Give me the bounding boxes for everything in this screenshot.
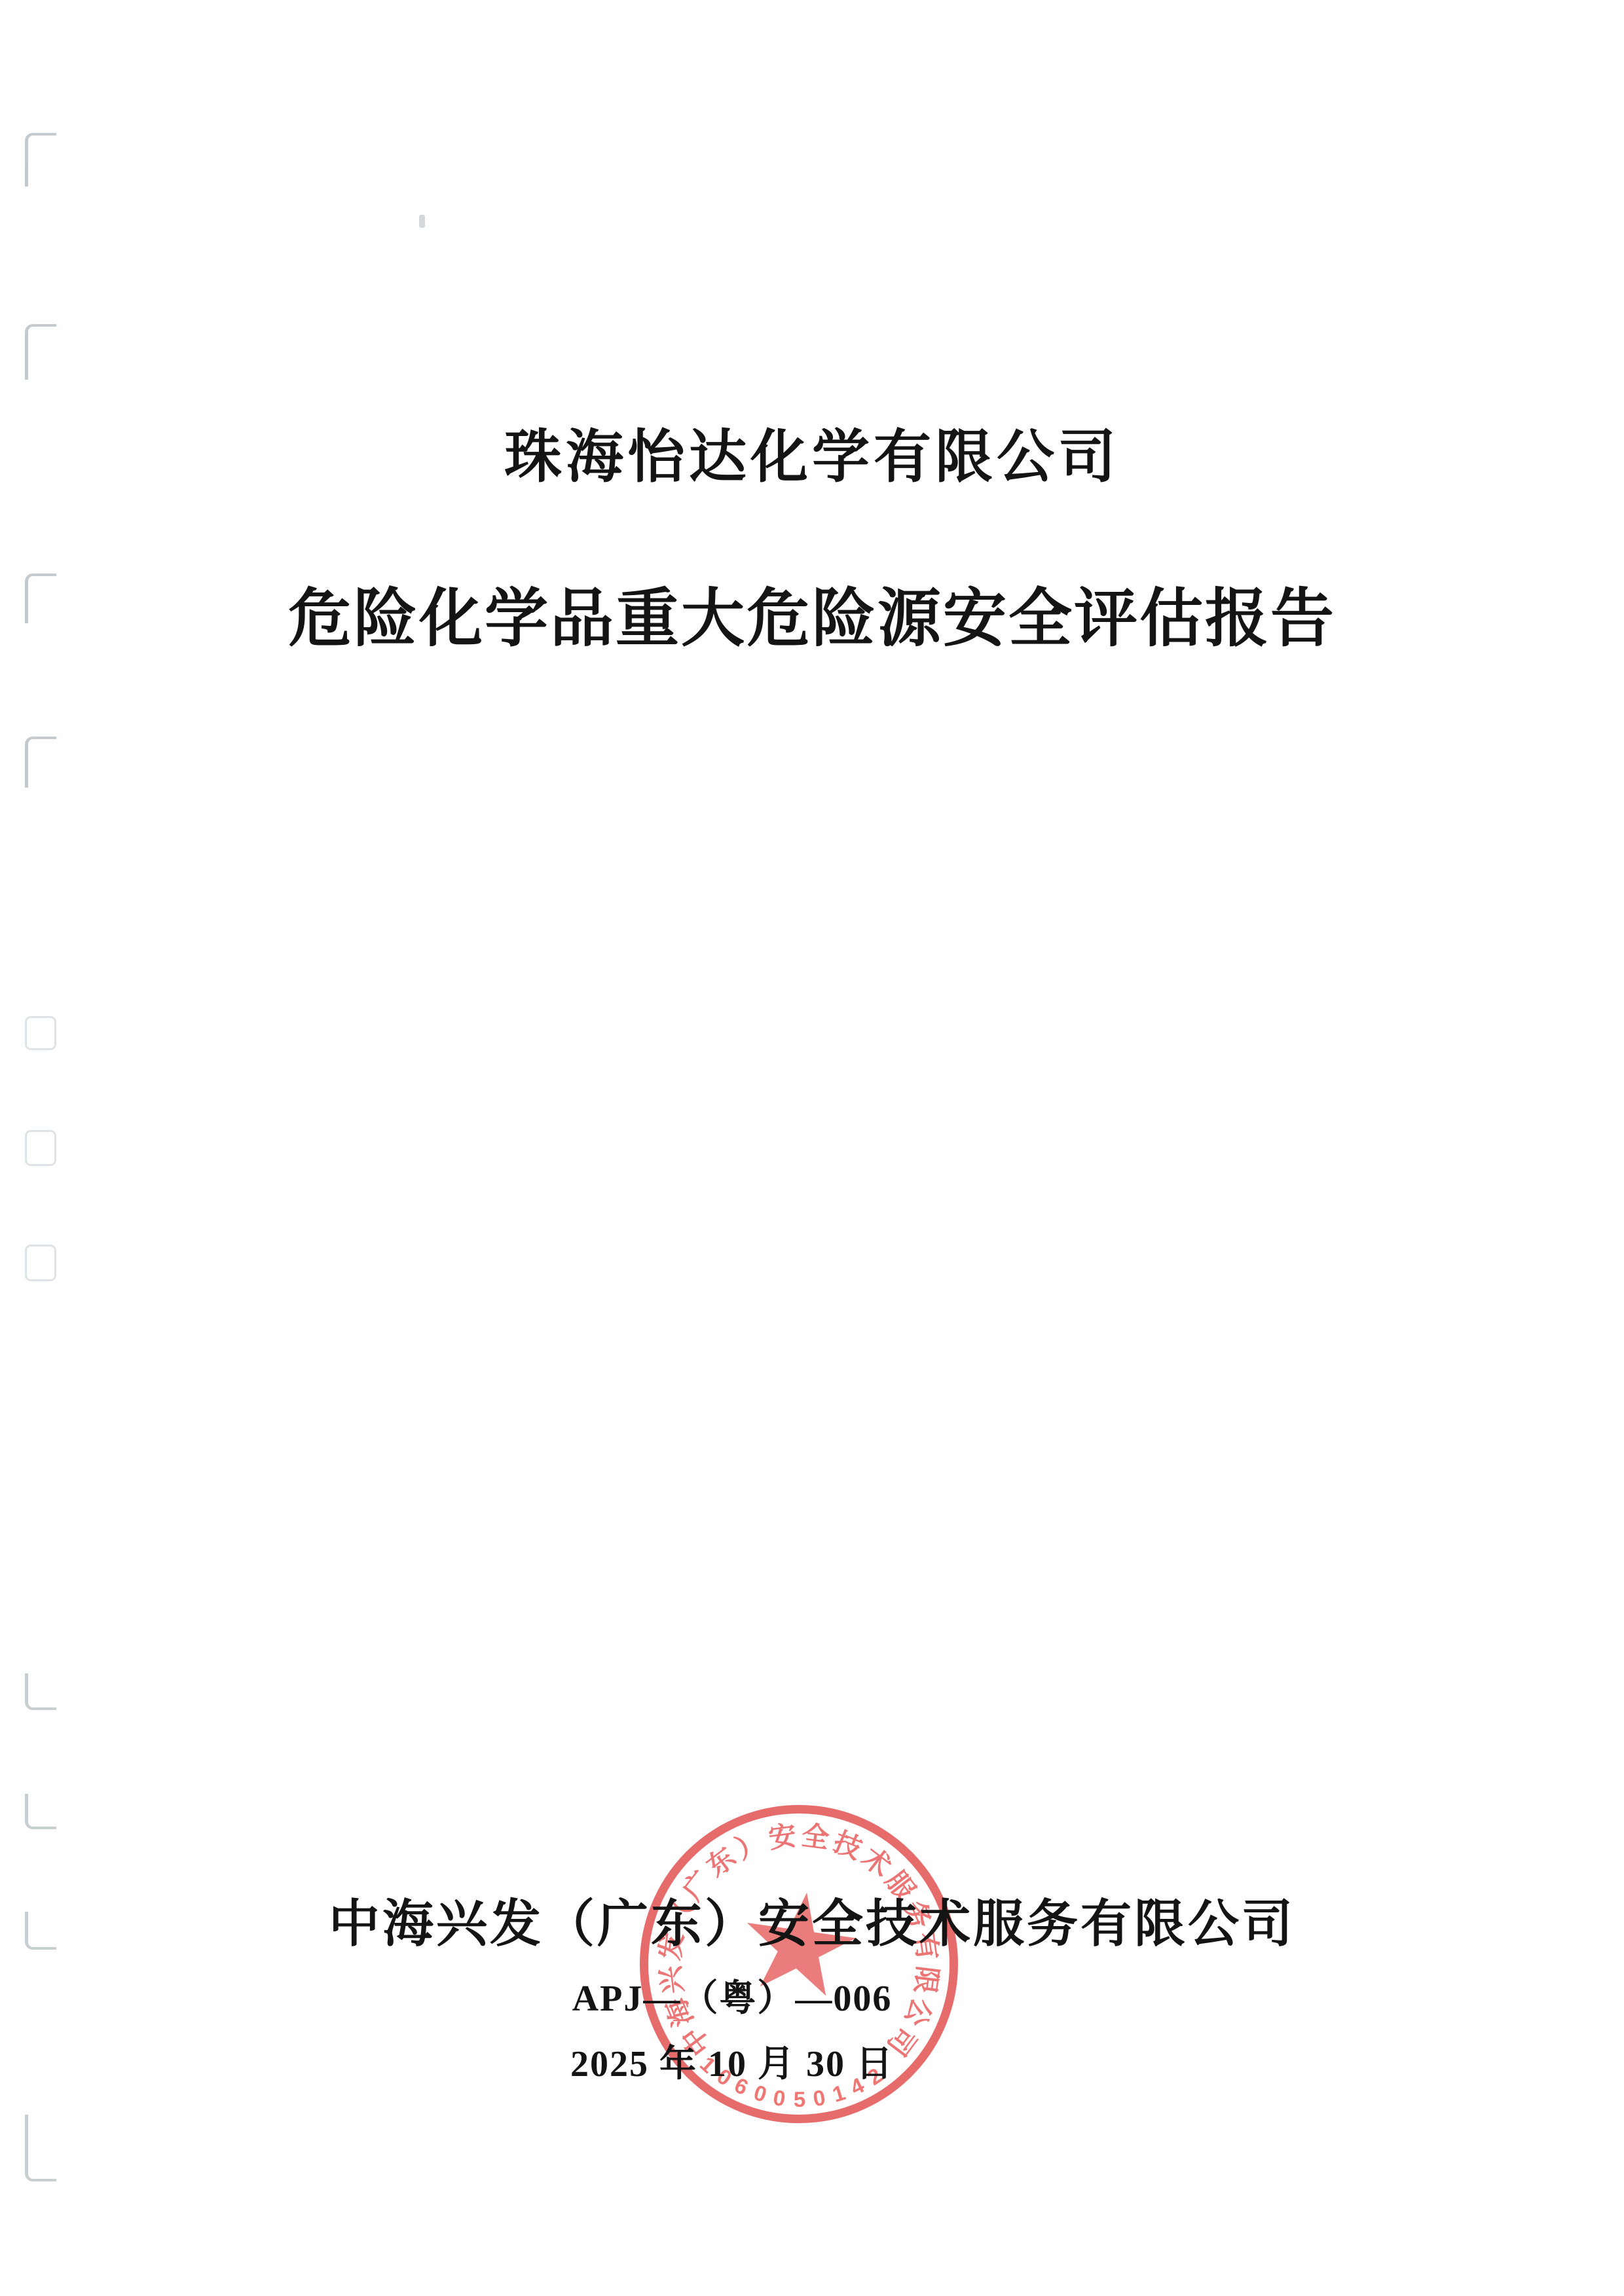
seal-ring-char: 安 [766, 1820, 799, 1855]
binder-hole-mark [25, 133, 56, 187]
binder-hole-mark [25, 2115, 56, 2181]
binder-hole-mark [25, 1245, 56, 1281]
report-date: 2025 年 10 月 30 日 [0, 2035, 1544, 2087]
binder-hole-mark [25, 737, 56, 788]
report-number: APJ—（粤）—006 [0, 1969, 1544, 2022]
scanned-report-cover-page: 中海兴发（广东）安全技术服务有限公司1060050142 珠海怡达化学有限公司 … [0, 0, 1624, 2296]
seal-serial-digit: 5 [791, 2088, 808, 2111]
scan-speck [419, 215, 425, 228]
seal-ring-char: 全 [799, 1820, 832, 1855]
report-title: 危险化学品重大危险源安全评估报告 [0, 567, 1624, 659]
company-title: 珠海怡达化学有限公司 [0, 411, 1624, 494]
binder-hole-mark [25, 324, 56, 380]
seal-serial-digit: 0 [809, 2085, 830, 2111]
binder-hole-mark [25, 1673, 56, 1710]
issuer-company-name: 中海兴发（广东）安全技术服务有限公司 [0, 1883, 1624, 1956]
binder-hole-mark [25, 1130, 56, 1166]
binder-hole-mark [25, 1016, 56, 1050]
binder-hole-mark [25, 1794, 56, 1829]
